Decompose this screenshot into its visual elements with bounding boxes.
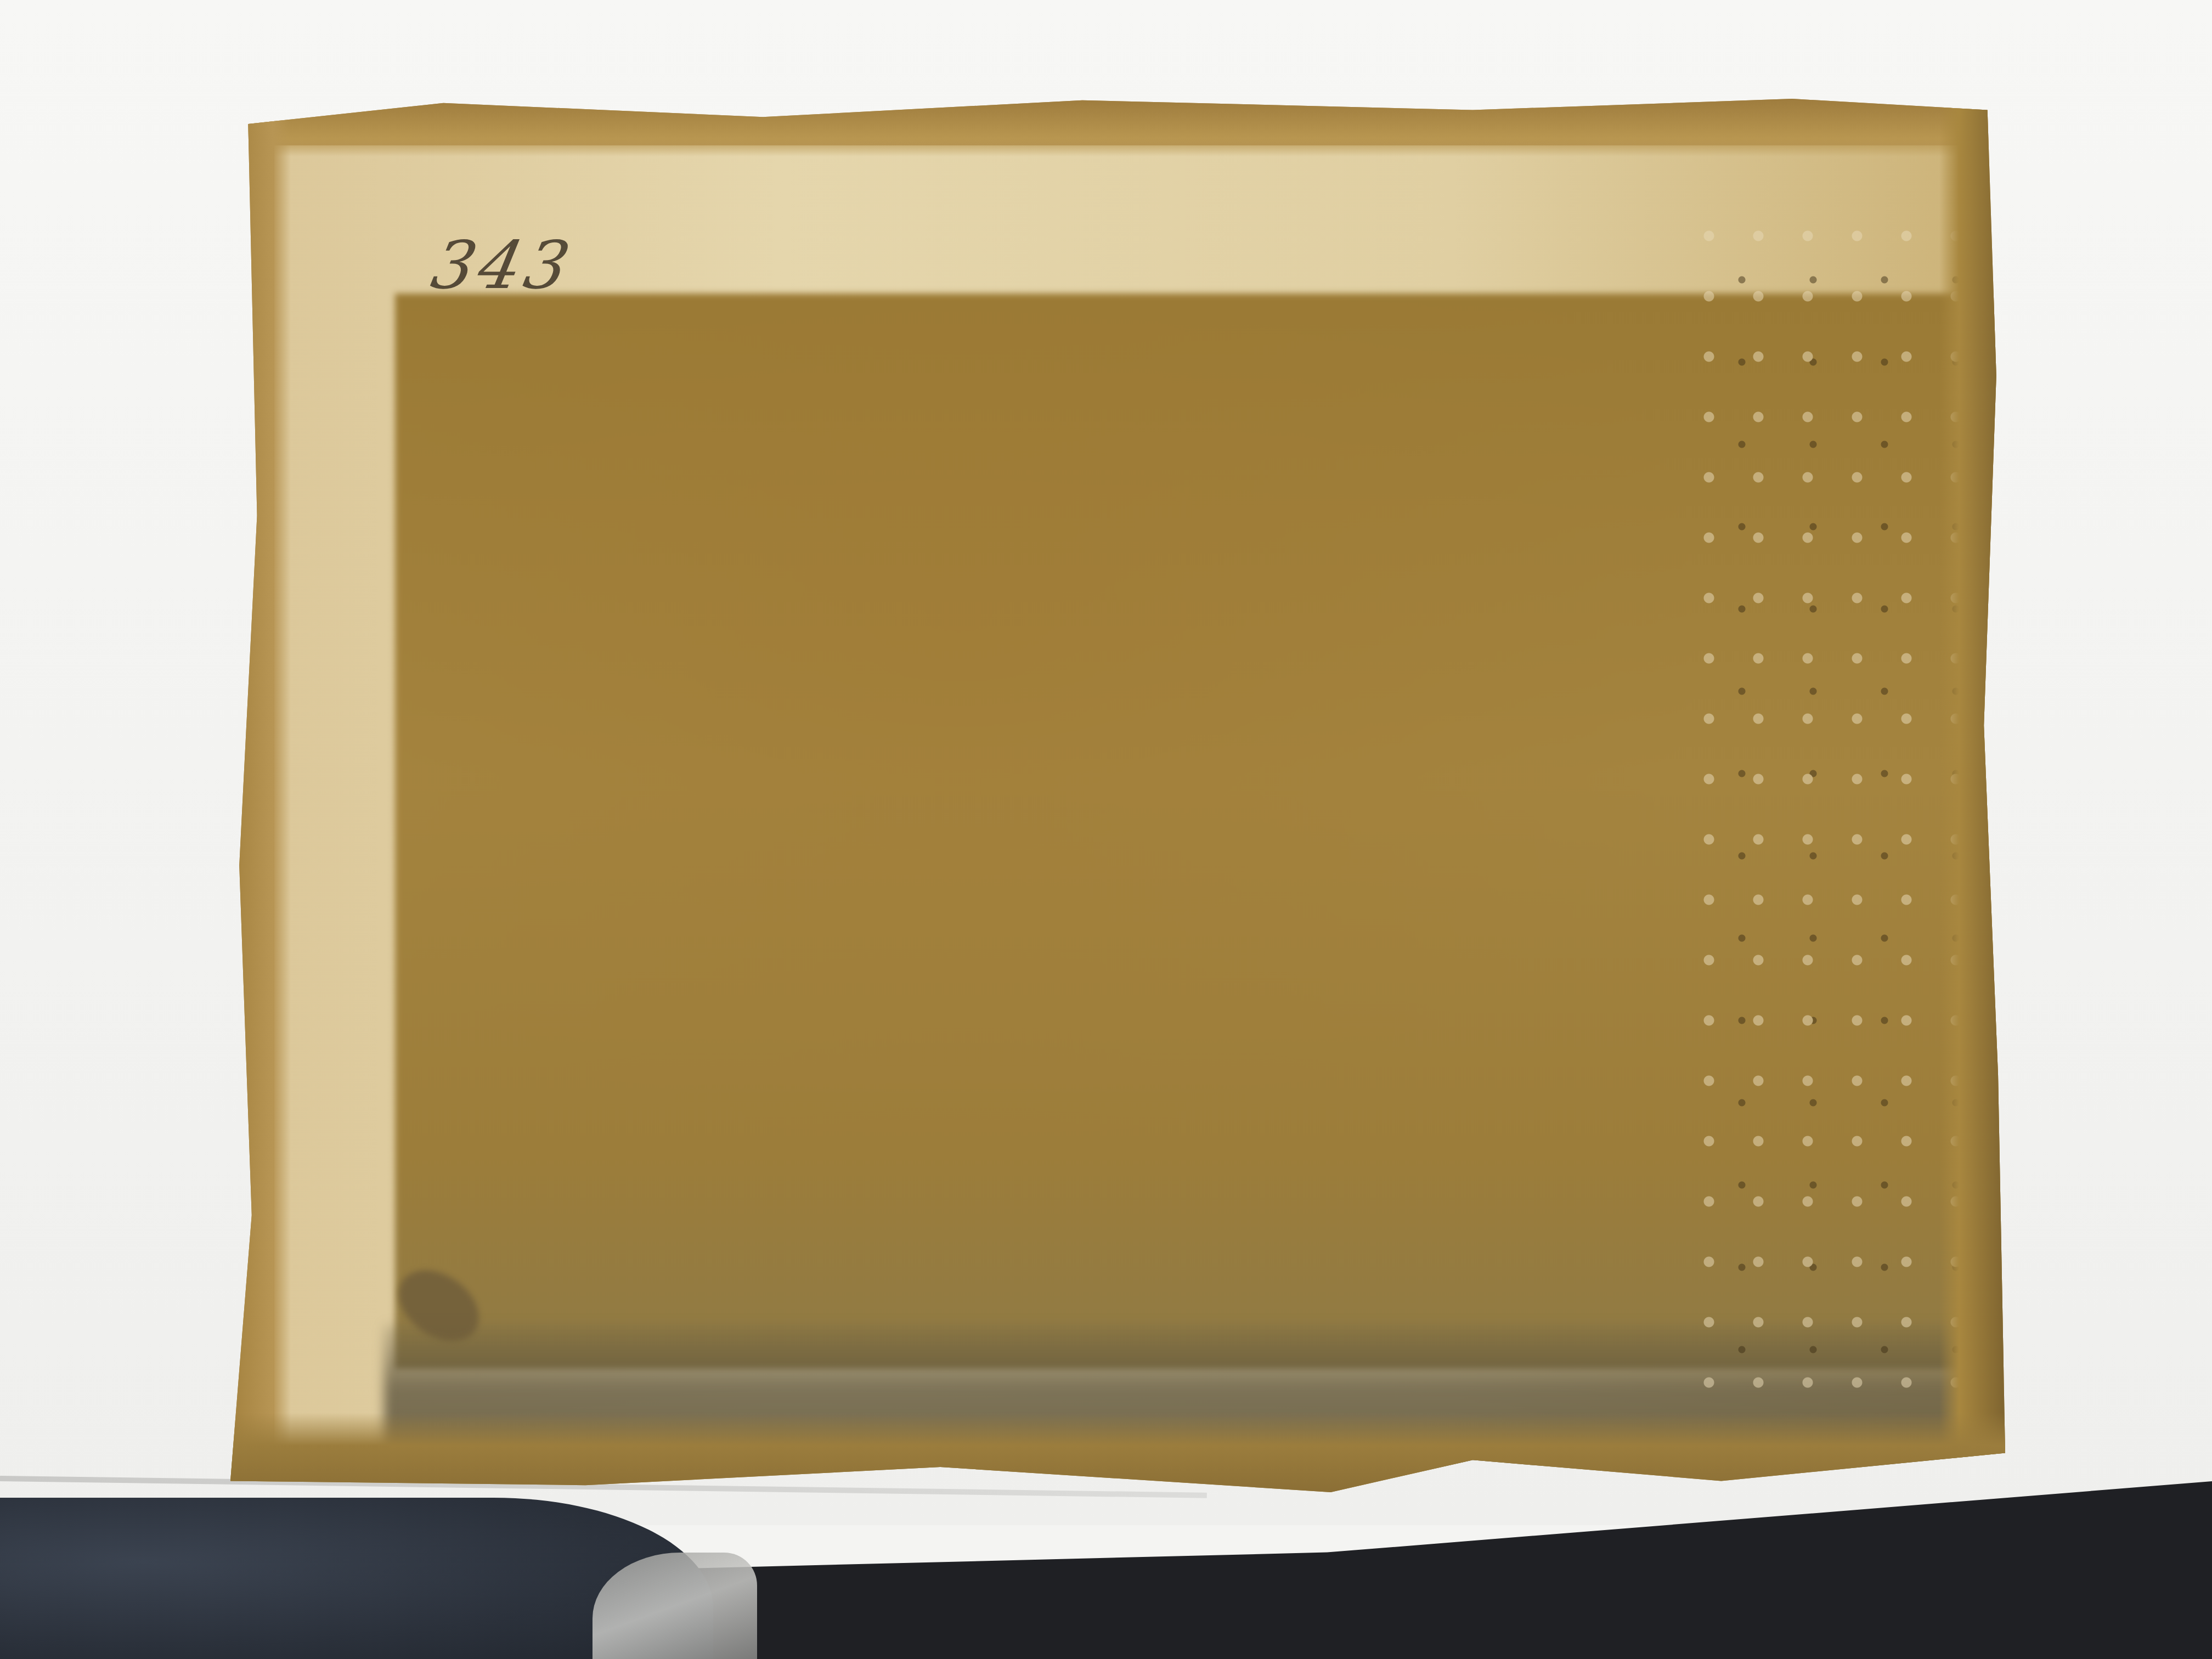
inventory-number: 343 <box>425 228 580 304</box>
canvas-reverse: 343 <box>230 96 2005 1495</box>
